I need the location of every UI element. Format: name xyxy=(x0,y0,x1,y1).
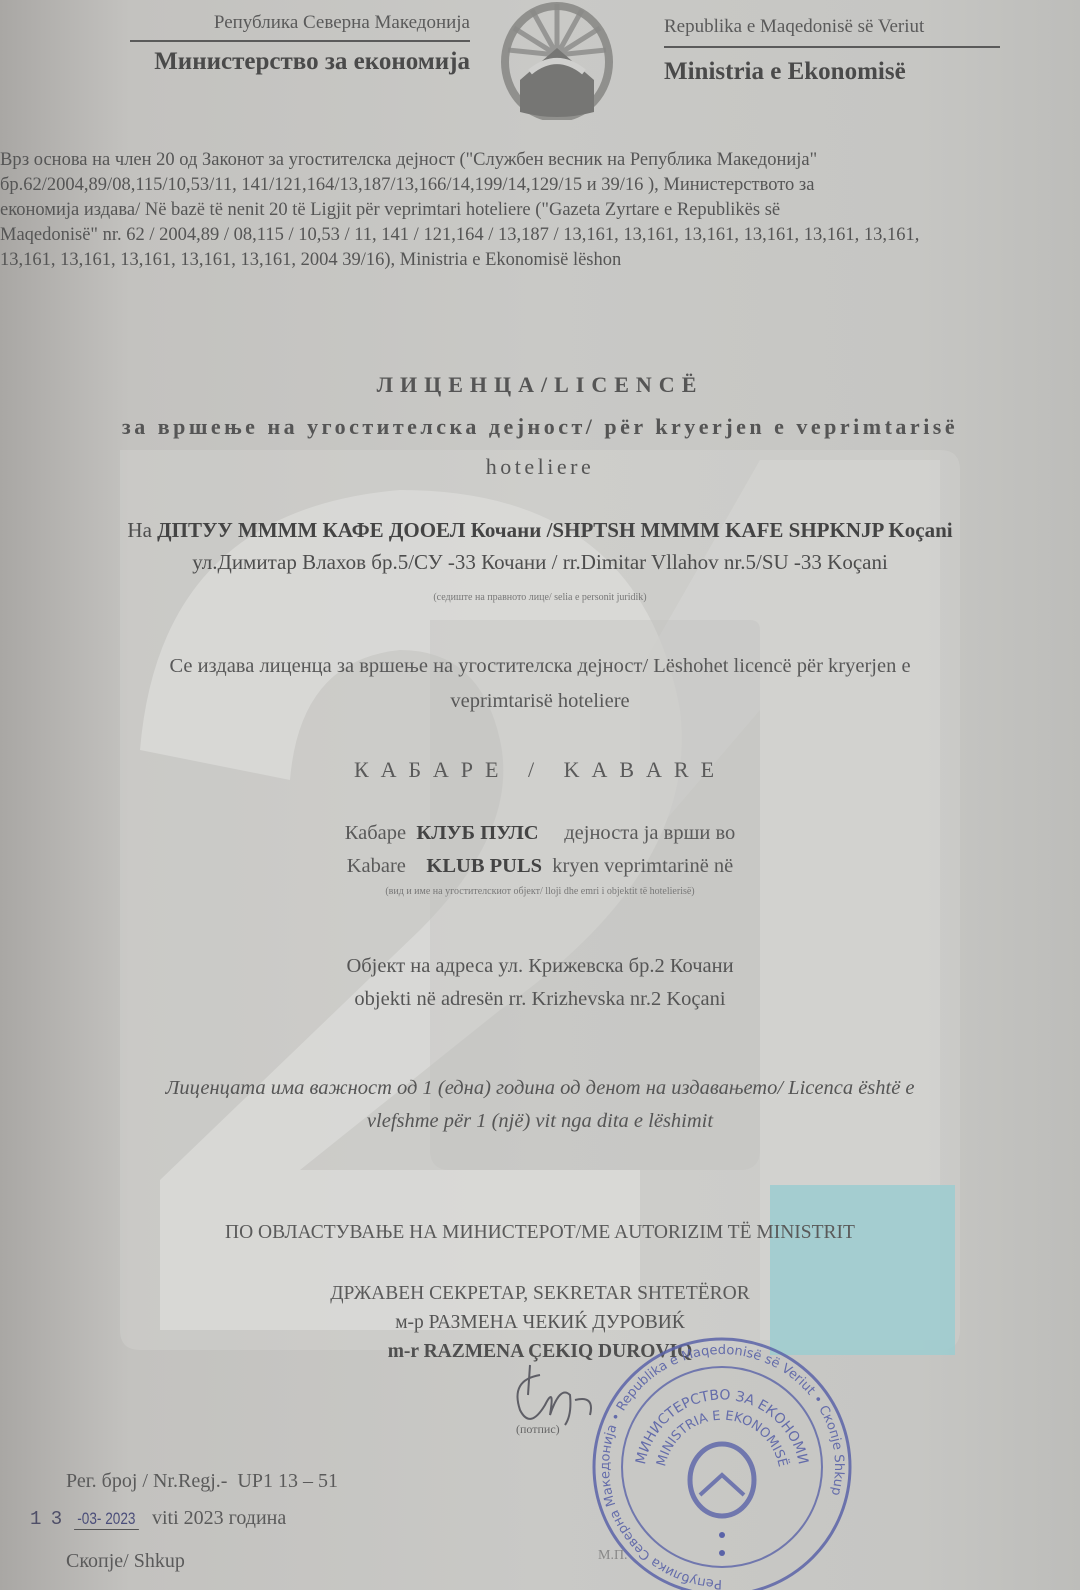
signatory-name-mk: м-р РАЗМЕНА ЧЕКИЌ ДУРОВИЌ xyxy=(0,1312,1080,1334)
club-line-sq: Kabare KLUB PULS kryen veprimtarinë në xyxy=(0,855,1080,878)
issued-statement-cont: veprimtarisë hoteliere xyxy=(0,690,1080,713)
preamble-line: 13,161, 13,161, 13,161, 13,161, 13,161, … xyxy=(0,248,1080,273)
header-country-mk: Република Северна Македонија xyxy=(130,12,470,34)
preamble-line: економија издава/ Në bazë të nenit 20 të… xyxy=(0,198,1080,223)
club-type-mk: Кабаре xyxy=(345,822,406,844)
club-name-sq: KLUB PULS xyxy=(426,855,542,877)
header-rule-left xyxy=(130,40,470,42)
date-suffix: viti 2023 година xyxy=(152,1507,286,1529)
license-title: ЛИЦЕНЦА/LICENCË xyxy=(0,372,1080,398)
club-caption: (вид и име на угостителскиот објект/ llo… xyxy=(0,886,1080,897)
issue-city: Скопје/ Shkup xyxy=(66,1550,185,1573)
header-ministry-mk: Министерство за економија xyxy=(40,48,470,76)
authorization-line: ПО ОВЛАСТУВАЊЕ НА МИНИСТЕРОТ/ME AUTORIZI… xyxy=(0,1222,1080,1244)
license-document: Република Северна Македонија Министерств… xyxy=(0,0,1080,1590)
preamble-line: бр.62/2004,89/08,115/10,53/11, 141/121,1… xyxy=(0,173,1080,198)
issued-statement: Се издава лиценца за вршење на угостител… xyxy=(0,655,1080,678)
date-stamped-value: -03- 2023 xyxy=(74,1509,139,1530)
license-subtitle: за вршење на угостителска дејност/ për k… xyxy=(0,414,1080,440)
reg-label: Рег. број / Nr.Regj.- xyxy=(66,1470,227,1492)
signatory-position: ДРЖАВЕН СЕКРЕТАР, SEKRETAR SHTETËROR xyxy=(0,1283,1080,1305)
header-country-sq: Republika e Maqedonisë së Veriut xyxy=(664,16,924,38)
club-rest-mk: дејноста ја врши во xyxy=(564,822,735,844)
club-rest-sq: kryen veprimtarinë në xyxy=(552,855,733,877)
license-holder-address: ул.Димитар Влахов бр.5/СУ -33 Кочани / r… xyxy=(0,550,1080,575)
validity-statement-cont: vlefshme për 1 (një) vit nga dita e lësh… xyxy=(0,1110,1080,1133)
holder-prefix: На xyxy=(127,518,152,542)
license-subtitle-cont: hoteliere xyxy=(0,454,1080,480)
club-type-sq: Kabare xyxy=(347,855,406,877)
holder-company: ДПТУУ ММММ КАФЕ ДООЕЛ Кочани /SHPTSH MMM… xyxy=(157,518,952,542)
preamble-line: Врз основа на член 20 од Законот за угос… xyxy=(0,148,1080,173)
preamble-line: Maqedonisë" nr. 62 / 2004,89 / 08,115 / … xyxy=(0,223,1080,248)
stamp-placeholder-label: М.П. xyxy=(598,1548,628,1564)
header-rule-right xyxy=(664,46,1000,48)
legal-preamble: Врз основа на член 20 од Законот за угос… xyxy=(0,148,1080,273)
club-name-mk: КЛУБ ПУЛС xyxy=(416,822,538,844)
date-day: 1 3 xyxy=(30,1508,61,1530)
reg-value: UP1 13 – 51 xyxy=(237,1470,338,1492)
club-line-mk: Кабаре КЛУБ ПУЛС дејноста ја врши во xyxy=(0,822,1080,845)
issue-date: 1 3 -03- 2023 viti 2023 година xyxy=(30,1507,286,1530)
facility-type: КАБАРЕ / KABARE xyxy=(0,757,1080,783)
signature-caption: (потпис) xyxy=(516,1422,560,1437)
validity-statement: Лиценцата има важност од 1 (една) година… xyxy=(0,1077,1080,1100)
license-holder-name: На ДПТУУ ММММ КАФЕ ДООЕЛ Кочани /SHPTSH … xyxy=(0,518,1080,543)
object-address-sq: objekti në adresën rr. Krizhevska nr.2 K… xyxy=(0,988,1080,1011)
header-ministry-sq: Ministria e Ekonomisë xyxy=(664,58,906,86)
macedonia-coat-of-arms-icon xyxy=(500,0,615,120)
registration-number: Рег. број / Nr.Regj.- UP1 13 – 51 xyxy=(66,1470,338,1493)
object-address-mk: Објект на адреса ул. Крижевска бр.2 Коча… xyxy=(0,955,1080,978)
holder-caption: (седиште на правното лице/ selia e perso… xyxy=(0,592,1080,603)
